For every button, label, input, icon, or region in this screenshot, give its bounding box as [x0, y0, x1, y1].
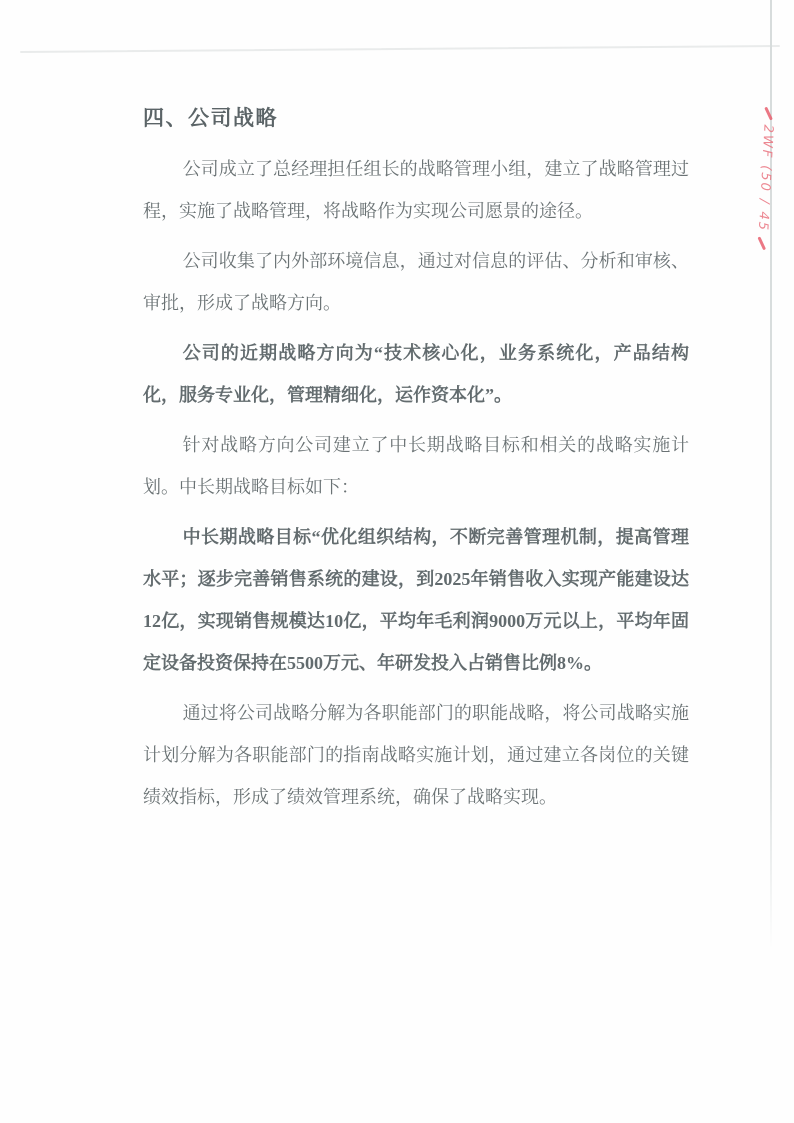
scan-streak-artifact [20, 45, 780, 53]
paragraph-midlong-term-goals: 中长期战略目标“优化组织结构，不断完善管理机制，提高管理水平；逐步完善销售系统的… [143, 516, 689, 684]
document-content: 四、公司战略 公司成立了总经理担任组长的战略管理小组，建立了战略管理过程，实施了… [143, 101, 689, 826]
document-page: 2WF (50 / 45 四、公司战略 公司成立了总经理担任组长的战略管理小组，… [0, 0, 794, 1123]
paragraph-near-term-direction: 公司的近期战略方向为“技术核心化，业务系统化，产品结构化，服务专业化，管理精细化… [143, 332, 689, 416]
section-heading: 四、公司战略 [143, 101, 689, 135]
paragraph-environment-info: 公司收集了内外部环境信息，通过对信息的评估、分析和审核、审批，形成了战略方向。 [143, 240, 689, 324]
paragraph-strategy-decomposition: 通过将公司战略分解为各职能部门的职能战略，将公司战略实施计划分解为各职能部门的指… [143, 692, 689, 818]
paragraph-midlong-term-plan: 针对战略方向公司建立了中长期战略目标和相关的战略实施计划。中长期战略目标如下： [143, 424, 689, 508]
paragraph-strategy-group: 公司成立了总经理担任组长的战略管理小组，建立了战略管理过程，实施了战略管理，将战… [143, 148, 689, 232]
red-edge-stamp: 2WF (50 / 45 [755, 102, 776, 223]
